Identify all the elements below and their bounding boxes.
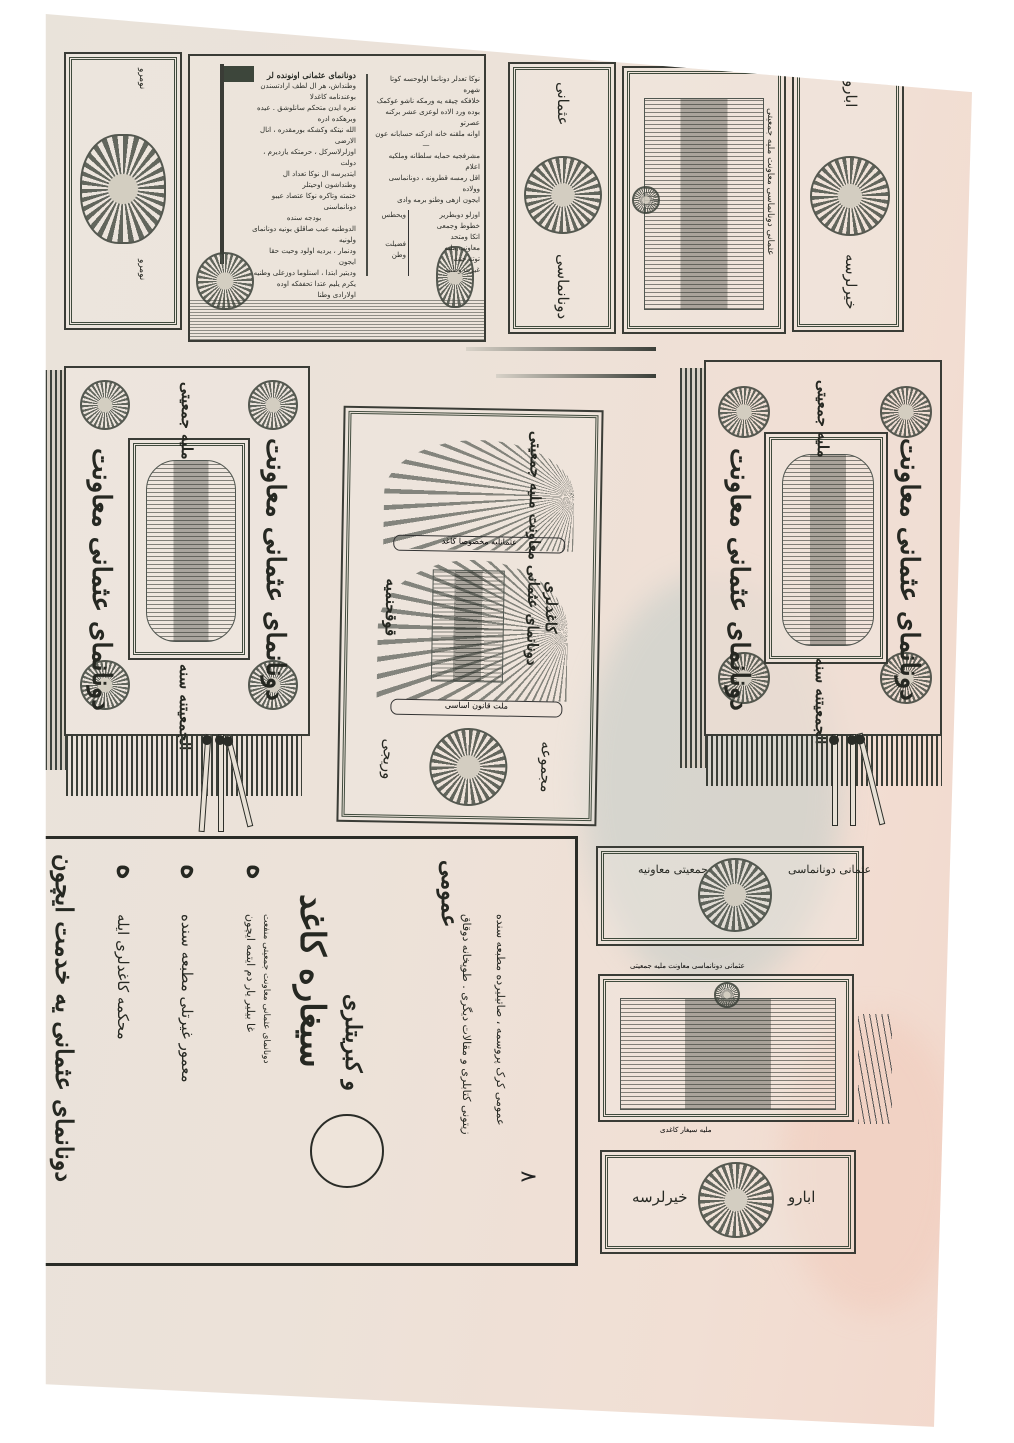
bullet-marker-icon: ه [174, 864, 209, 880]
matchbox-side-text: دونانمای عثمانی معاونت [724, 448, 754, 711]
text-line: اقل رمسه قطرونه ، دونانماسی وولاده [372, 173, 480, 195]
list-item: معاونت ملیه [413, 243, 480, 254]
divider-rule [466, 347, 656, 351]
anchor-wheel-emblem [429, 727, 508, 806]
advert-footer-title: عمومی [436, 860, 462, 927]
panel-text: عثمانی دونانماسی [788, 864, 871, 876]
booklet-leaves [632, 44, 792, 64]
matchbox-cover: ملیه جمعیتی دونانمای عثمانی معاونت دونان… [64, 366, 310, 736]
bullet-marker-icon: ه [240, 864, 275, 880]
anchor-wheel-emblem [810, 156, 890, 236]
text-line: ایتدیرسه ال نوکا تعداد ال وطنداشون اوحیت… [252, 169, 356, 191]
label-side-text: کاغدلری [542, 581, 561, 633]
booklet-panel-right: ابارو خیرلرسه [792, 60, 904, 332]
mast-illustration [220, 64, 224, 264]
crescent-star-emblem [714, 982, 740, 1008]
stub-number-bottom: نومرو [136, 259, 148, 280]
tughra-emblem [524, 156, 602, 234]
scanned-page: نومرو نومرو دونانمای عثمانی اونونده لر و… [22, 14, 972, 1434]
panel-text: ابارو [788, 1188, 815, 1206]
panel-text: عثمانی [554, 82, 572, 125]
puzzle-notch-decoration [310, 1114, 384, 1188]
advert-footer-line: عمومی کرک پروسمه ، صاتیلیرده مطبعه سنده [494, 914, 506, 1126]
match-stick-icon [832, 734, 838, 826]
bracket-label: ویحطس [372, 210, 406, 221]
bracket-label: فضیلت وطن [372, 239, 406, 261]
text-line: بوده ورد الاده لوعزی عشر برکنه عصرتو [372, 107, 480, 129]
booklet-panel-top: جمعیتی معاونیه عثمانی دونانماسی [596, 846, 864, 946]
matchbox-spine [40, 370, 66, 770]
label-band: عثمانلیه مخصوصا کاغد [393, 535, 565, 554]
advert-item: معمور غیرتلی مطبعه سنده [178, 914, 196, 1083]
text-line: مشرفجیه حمایه سلطانه وملکیه اعلام [372, 151, 480, 173]
flag-icon [224, 66, 254, 82]
panel-caption: عثمانی دونانماسی معاونت ملیه جمعیتی [630, 962, 745, 970]
match-stick-icon [218, 734, 224, 832]
list-item: غیرت وطنیه [413, 265, 480, 276]
text-line: اوانه ملقنه خانه ادرکنه حسابانه عون [372, 129, 480, 140]
text-line: ختمته وتاکره نوکا عتصاد عیبو دونانماسنی [252, 191, 356, 213]
advert-subheading: و کبریتلری [340, 994, 366, 1091]
panel-text: ابارو [842, 80, 860, 107]
panel-caption: ملیه سیغار کاغدی [660, 1126, 712, 1134]
warship-illustration [620, 998, 836, 1110]
certificate-stub: نومرو نومرو [64, 52, 182, 330]
text-line: اوزلرلاسرکل ، حرمتکه یازدیرم ، دولت [252, 147, 356, 169]
label-side-text: قوقحنمیه [382, 578, 401, 636]
panel-text: جمعیتی معاونیه [638, 864, 708, 876]
matchbox-cover: ملیه جمعیتی دونانمای عثمانی معاونت دونان… [704, 360, 942, 736]
certificate-text-right: نوکا تعدلر دونانما اولوحسه کوتا شهره خلا… [366, 74, 480, 276]
booklet-panel-middle: عثمانی دونانماسی معاونت ملیه جمعیتی ملیه… [598, 974, 854, 1122]
text-line: نوکا تعدلر دونانما اولوحسه کوتا شهره [372, 74, 480, 96]
matchbox-spine [680, 368, 706, 768]
booklet-leaves [858, 1014, 892, 1124]
panel-text: خیرلرسه [842, 254, 860, 310]
booklet-panel-left: عثمانی دونانماسی [508, 62, 616, 334]
match-stick-icon [850, 734, 856, 826]
divider-rule [496, 374, 656, 378]
seal-emblem [80, 134, 166, 244]
steamship-illustration [431, 569, 505, 682]
text-line: خلافکه چیقه یه ورمکه ناشو عوکمک [372, 96, 480, 107]
ship-vignette-frame [764, 432, 888, 664]
crescent-medallion-icon [880, 386, 932, 438]
page-number: ٨ [515, 1171, 540, 1183]
certificate-text-left: دونانمای عثمانی اونونده لر وطنداش، هر ال… [252, 70, 356, 301]
warship-illustration [644, 98, 764, 310]
anchor-wheel-emblem [698, 1162, 774, 1238]
ship-illustration [782, 454, 874, 646]
list-item: توتة حیت [413, 254, 480, 265]
crescent-medallion-icon [718, 386, 770, 438]
advert-item-subline: دونانمای عثمانی معاونت جمعیتی منفعت [260, 914, 272, 1063]
matchbox-side-text: دونانمای عثمانی معاونت [894, 438, 924, 701]
matchbox-top-text: ملیه جمعیتی [178, 382, 196, 460]
advert-title: دونانمای عثمانی یه خدمت ایچون [50, 854, 79, 1182]
list-item: اتکا ومتحد [413, 232, 480, 243]
text-line: ایجون ازهی وطنو برمه وادی [372, 195, 480, 206]
list-item: خطوط وجمعی [413, 221, 480, 232]
shore-illustration [190, 300, 484, 340]
crescent-star-emblem [632, 186, 660, 214]
advert-item: غا بیلیر یار دم ایتمه ایچون [244, 914, 256, 1032]
text-line: الدوطنیه عیب صاقلق بونیه دونانمای ولونیه [252, 224, 356, 246]
panel-caption: عثمانی دونانماسی معاونت ملیه جمعیتی [764, 108, 776, 256]
crescent-medallion-icon [248, 380, 298, 430]
text-line: یکرم یلیم عتدا تحففکه اوده اولارادی وطنا [252, 279, 356, 301]
stub-number-top: نومرو [136, 68, 148, 89]
label-band: ملت قانون اساسی [390, 699, 562, 718]
label-frame: دونانمای عثمانی معاونت ملیه جمعیتی عثمان… [336, 406, 603, 826]
text-line: الله نیتکه وکشکه بورمقدره ، انال الارضی [252, 125, 356, 147]
matchbox-side-text: دونانمای عثمانی معاونت [86, 448, 116, 711]
tughra-emblem [698, 858, 772, 932]
text-line: وطنداش، هر ال لطف ارادتسندن بوعندنامه کا… [252, 81, 356, 103]
list-item: اوزلو دوبطریر [413, 210, 480, 221]
booklet-panel-center: عثمانی دونانماسی معاونت ملیه جمعیتی [622, 66, 786, 334]
text-line: نعره ایدن متحکم سانلوشق . عیده وبرهکده ا… [252, 103, 356, 125]
matchbox-bottom-text: الجمعیتنه سنه [812, 658, 830, 744]
advert-item: محکمه کاغدلری ایله [114, 914, 132, 1040]
advert-footer-line: زیتونی کتابلری و مقالات دیگری . طوپخانه … [460, 914, 472, 1135]
certificate-heading: دونانمای عثمانی اونونده لر [252, 70, 356, 81]
panel-text: خیرلرسه [632, 1188, 688, 1206]
matchbox-drawer [706, 736, 942, 786]
crescent-medallion-icon [80, 380, 130, 430]
matchbox-top-text: ملیه جمعیتی [814, 380, 832, 458]
bullet-marker-icon: ه [110, 864, 145, 880]
certificate-body: دونانمای عثمانی اونونده لر وطنداش، هر ال… [188, 54, 486, 342]
label-corner-text: وریجی [379, 738, 398, 779]
advert-heading: سیغاره کاغد [292, 894, 332, 1068]
subheading: بودجه سنده [252, 213, 356, 224]
text-line: ودیتیر ابتدا ، اسنلوما دوزعلی وطنیه [252, 268, 356, 279]
matchbox-side-text: دونانمای عثمانی معاونت [260, 438, 290, 701]
matchbox-drawer [66, 736, 302, 796]
ship-vignette-frame [128, 438, 250, 660]
text-line: ودنمار ، یردیه اولود وحیت حقا ایجون [252, 246, 356, 268]
panel-text: دونانماسی [554, 254, 572, 319]
ship-illustration [146, 460, 236, 642]
booklet-panel-bottom: خیرلرسه ابارو [600, 1150, 856, 1254]
label-corner-text: مجموعه [537, 741, 556, 792]
